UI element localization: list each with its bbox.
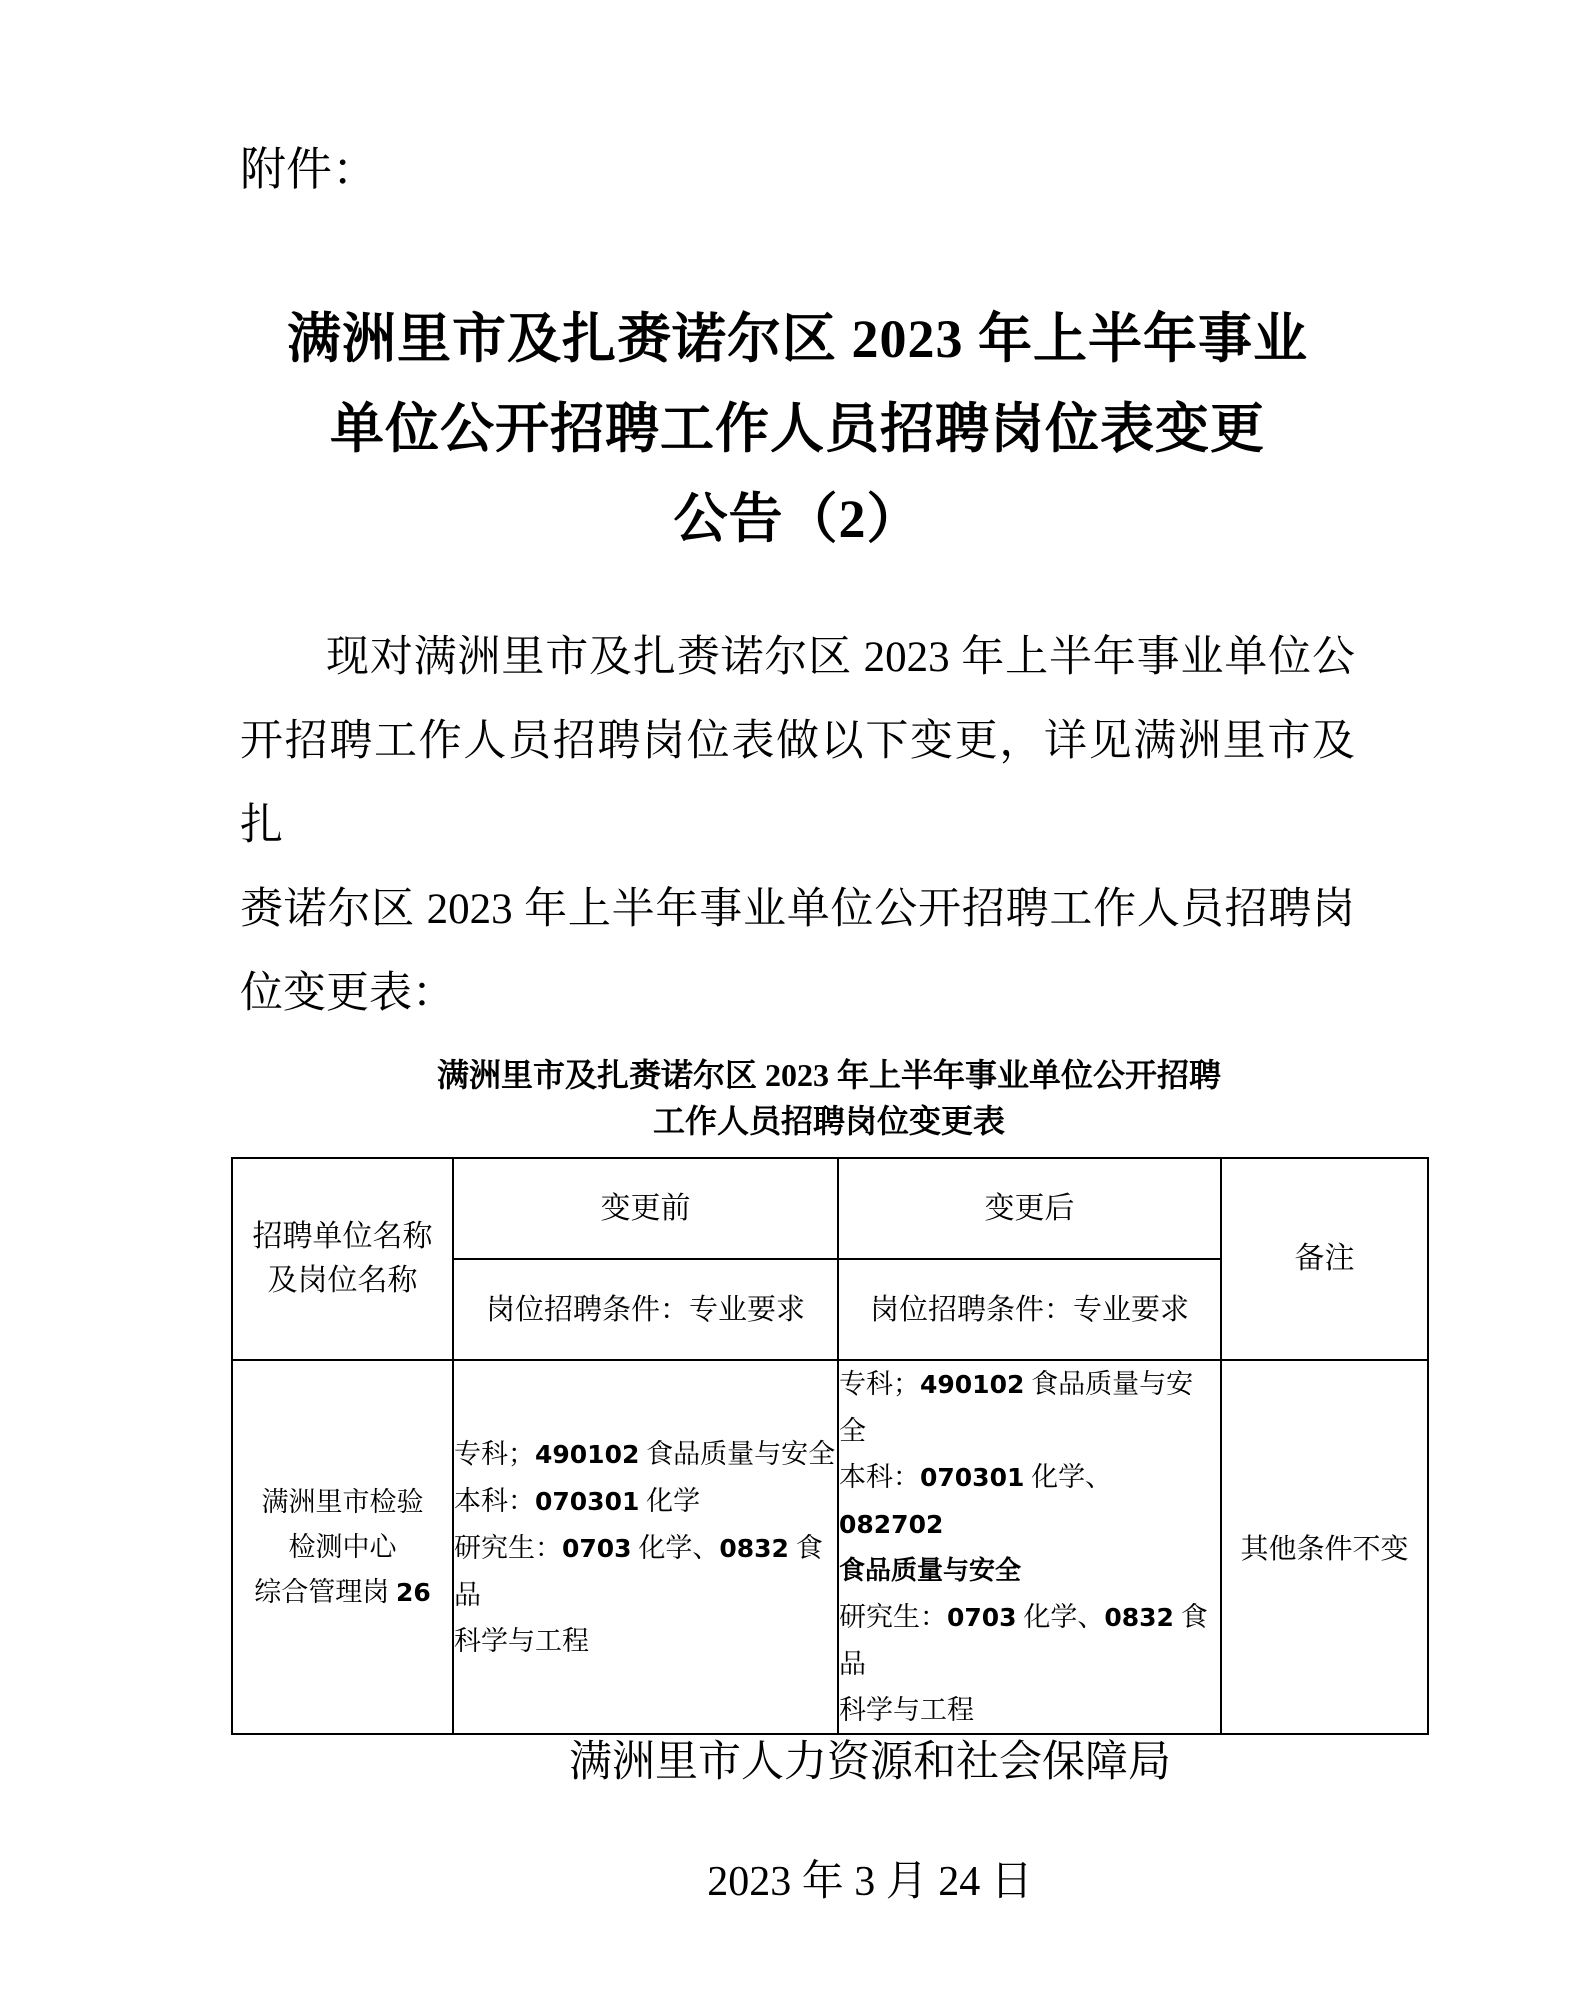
- header-after-condition: 岗位招聘条件：专业要求: [838, 1259, 1221, 1360]
- header-unit-name-line-2: 及岗位名称: [233, 1259, 452, 1303]
- after-line-3-added-major: 食品质量与安全: [839, 1548, 1220, 1594]
- position-number: 26: [396, 1578, 431, 1607]
- table-title-line-2: 工作人员招聘岗位变更表: [231, 1098, 1427, 1144]
- table-title: 满洲里市及扎赉诺尔区 2023 年上半年事业单位公开招聘 工作人员招聘岗位变更表: [231, 1052, 1427, 1144]
- after-code-benke-2: 082702: [839, 1510, 943, 1539]
- header-before-condition: 岗位招聘条件：专业要求: [453, 1259, 838, 1360]
- unit-name-line-3: 综合管理岗 26: [233, 1570, 452, 1615]
- document-title: 满洲里市及扎赉诺尔区 2023 年上半年事业 单位公开招聘工作人员招聘岗位表变更…: [240, 294, 1355, 564]
- header-remark: 备注: [1221, 1158, 1428, 1360]
- body-paragraph-line-2: 开招聘工作人员招聘岗位表做以下变更，详见满洲里市及扎: [240, 700, 1355, 868]
- body-paragraph: 现对满洲里市及扎赉诺尔区 2023 年上半年事业单位公 开招聘工作人员招聘岗位表…: [240, 616, 1355, 1036]
- after-line-1: 专科；490102 食品质量与安全: [839, 1361, 1220, 1454]
- before-line-2: 本科：070301 化学: [454, 1478, 837, 1525]
- signature-issuer: 满洲里市人力资源和社会保障局: [240, 1728, 1500, 1789]
- before-code-benke: 070301: [535, 1487, 639, 1516]
- document-title-line-2: 单位公开招聘工作人员招聘岗位表变更: [240, 384, 1355, 474]
- after-line-4: 研究生：0703 化学、0832 食品: [839, 1594, 1220, 1687]
- unit-name-line-2: 检测中心: [233, 1525, 452, 1570]
- before-code-zhuanke: 490102: [535, 1440, 639, 1469]
- body-paragraph-line-3: 赉诺尔区 2023 年上半年事业单位公开招聘工作人员招聘岗: [240, 868, 1355, 952]
- document-title-line-1: 满洲里市及扎赉诺尔区 2023 年上半年事业: [240, 294, 1355, 384]
- after-code-benke-1: 070301: [920, 1463, 1024, 1492]
- signature-date: 2023 年 3 月 24 日: [240, 1848, 1500, 1908]
- announcement-document-page: 附件： 满洲里市及扎赉诺尔区 2023 年上半年事业 单位公开招聘工作人员招聘岗…: [0, 0, 1587, 2013]
- after-code-yanjiusheng-1: 0703: [947, 1603, 1017, 1632]
- after-line-2: 本科：070301 化学、 082702: [839, 1454, 1220, 1548]
- header-after-change: 变更后: [838, 1158, 1221, 1259]
- cell-after-requirements: 专科；490102 食品质量与安全 本科：070301 化学、 082702 食…: [838, 1360, 1221, 1734]
- before-code-yanjiusheng-1: 0703: [562, 1534, 632, 1563]
- header-unit-name: 招聘单位名称 及岗位名称: [232, 1158, 453, 1360]
- body-paragraph-line-1: 现对满洲里市及扎赉诺尔区 2023 年上半年事业单位公: [240, 616, 1355, 700]
- body-paragraph-line-4: 位变更表：: [240, 952, 1355, 1036]
- after-code-yanjiusheng-2: 0832: [1104, 1603, 1174, 1632]
- cell-before-requirements: 专科；490102 食品质量与安全 本科：070301 化学 研究生：0703 …: [453, 1360, 838, 1734]
- before-line-4: 科学与工程: [454, 1618, 837, 1664]
- header-before-change: 变更前: [453, 1158, 838, 1259]
- before-code-yanjiusheng-2: 0832: [719, 1534, 789, 1563]
- position-change-table: 招聘单位名称 及岗位名称 变更前 变更后 备注 岗位招聘条件：专业要求 岗位招聘…: [231, 1157, 1429, 1735]
- after-code-zhuanke: 490102: [920, 1370, 1024, 1399]
- cell-remark: 其他条件不变: [1221, 1360, 1428, 1734]
- unit-name-line-1: 满洲里市检验: [233, 1480, 452, 1525]
- after-line-5: 科学与工程: [839, 1687, 1220, 1733]
- cell-unit-and-position: 满洲里市检验 检测中心 综合管理岗 26: [232, 1360, 453, 1734]
- document-title-line-3: 公告（2）: [240, 474, 1355, 564]
- header-unit-name-line-1: 招聘单位名称: [233, 1215, 452, 1259]
- before-line-1: 专科；490102 食品质量与安全: [454, 1431, 837, 1478]
- attachment-label: 附件：: [240, 140, 378, 200]
- table-title-line-1: 满洲里市及扎赉诺尔区 2023 年上半年事业单位公开招聘: [231, 1052, 1427, 1098]
- before-line-3: 研究生：0703 化学、0832 食品: [454, 1525, 837, 1618]
